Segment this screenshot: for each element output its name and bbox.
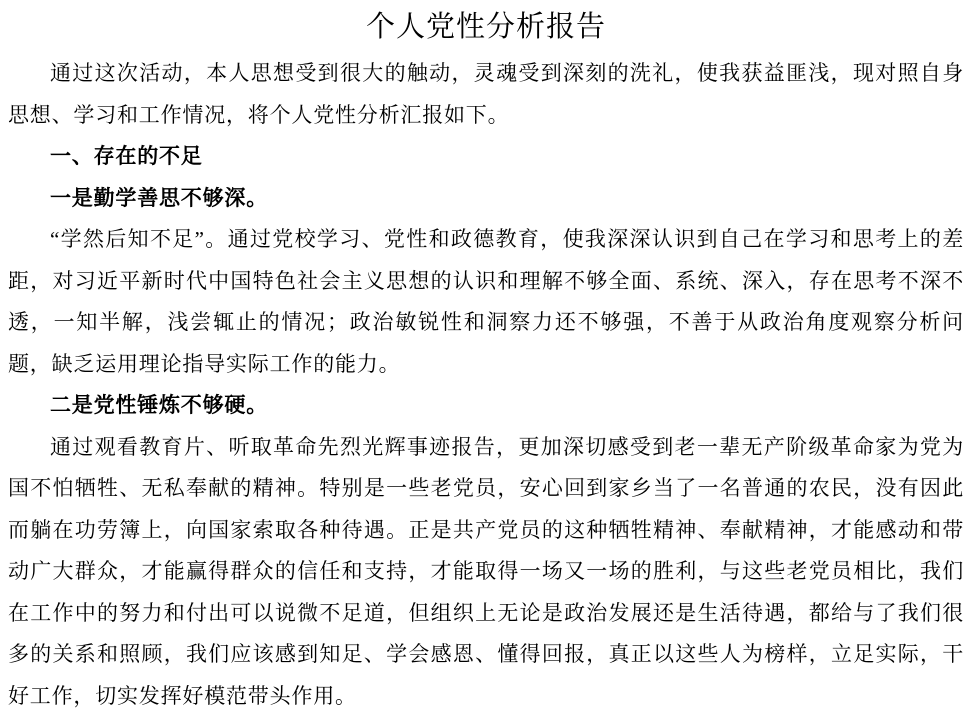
document-page: 个人党性分析报告 通过这次活动，本人思想受到很大的触动，灵魂受到深刻的洗礼，使我… — [0, 0, 972, 728]
section-heading: 二是党性锤炼不够硬。 — [8, 385, 964, 427]
document-title: 个人党性分析报告 — [8, 0, 964, 53]
document-body: 通过这次活动，本人思想受到很大的触动，灵魂受到深刻的洗礼，使我获益匪浅，现对照自… — [8, 53, 964, 717]
section-heading: 一是勤学善思不够深。 — [8, 178, 964, 220]
paragraph: 通过观看教育片、听取革命先烈光辉事迹报告，更加深切感受到老一辈无产阶级革命家为党… — [8, 427, 964, 718]
paragraph: “学然后知不足”。通过党校学习、党性和政德教育，使我深深认识到自己在学习和思考上… — [8, 219, 964, 385]
paragraph: 通过这次活动，本人思想受到很大的触动，灵魂受到深刻的洗礼，使我获益匪浅，现对照自… — [8, 53, 964, 136]
section-heading: 一、存在的不足 — [8, 136, 964, 178]
